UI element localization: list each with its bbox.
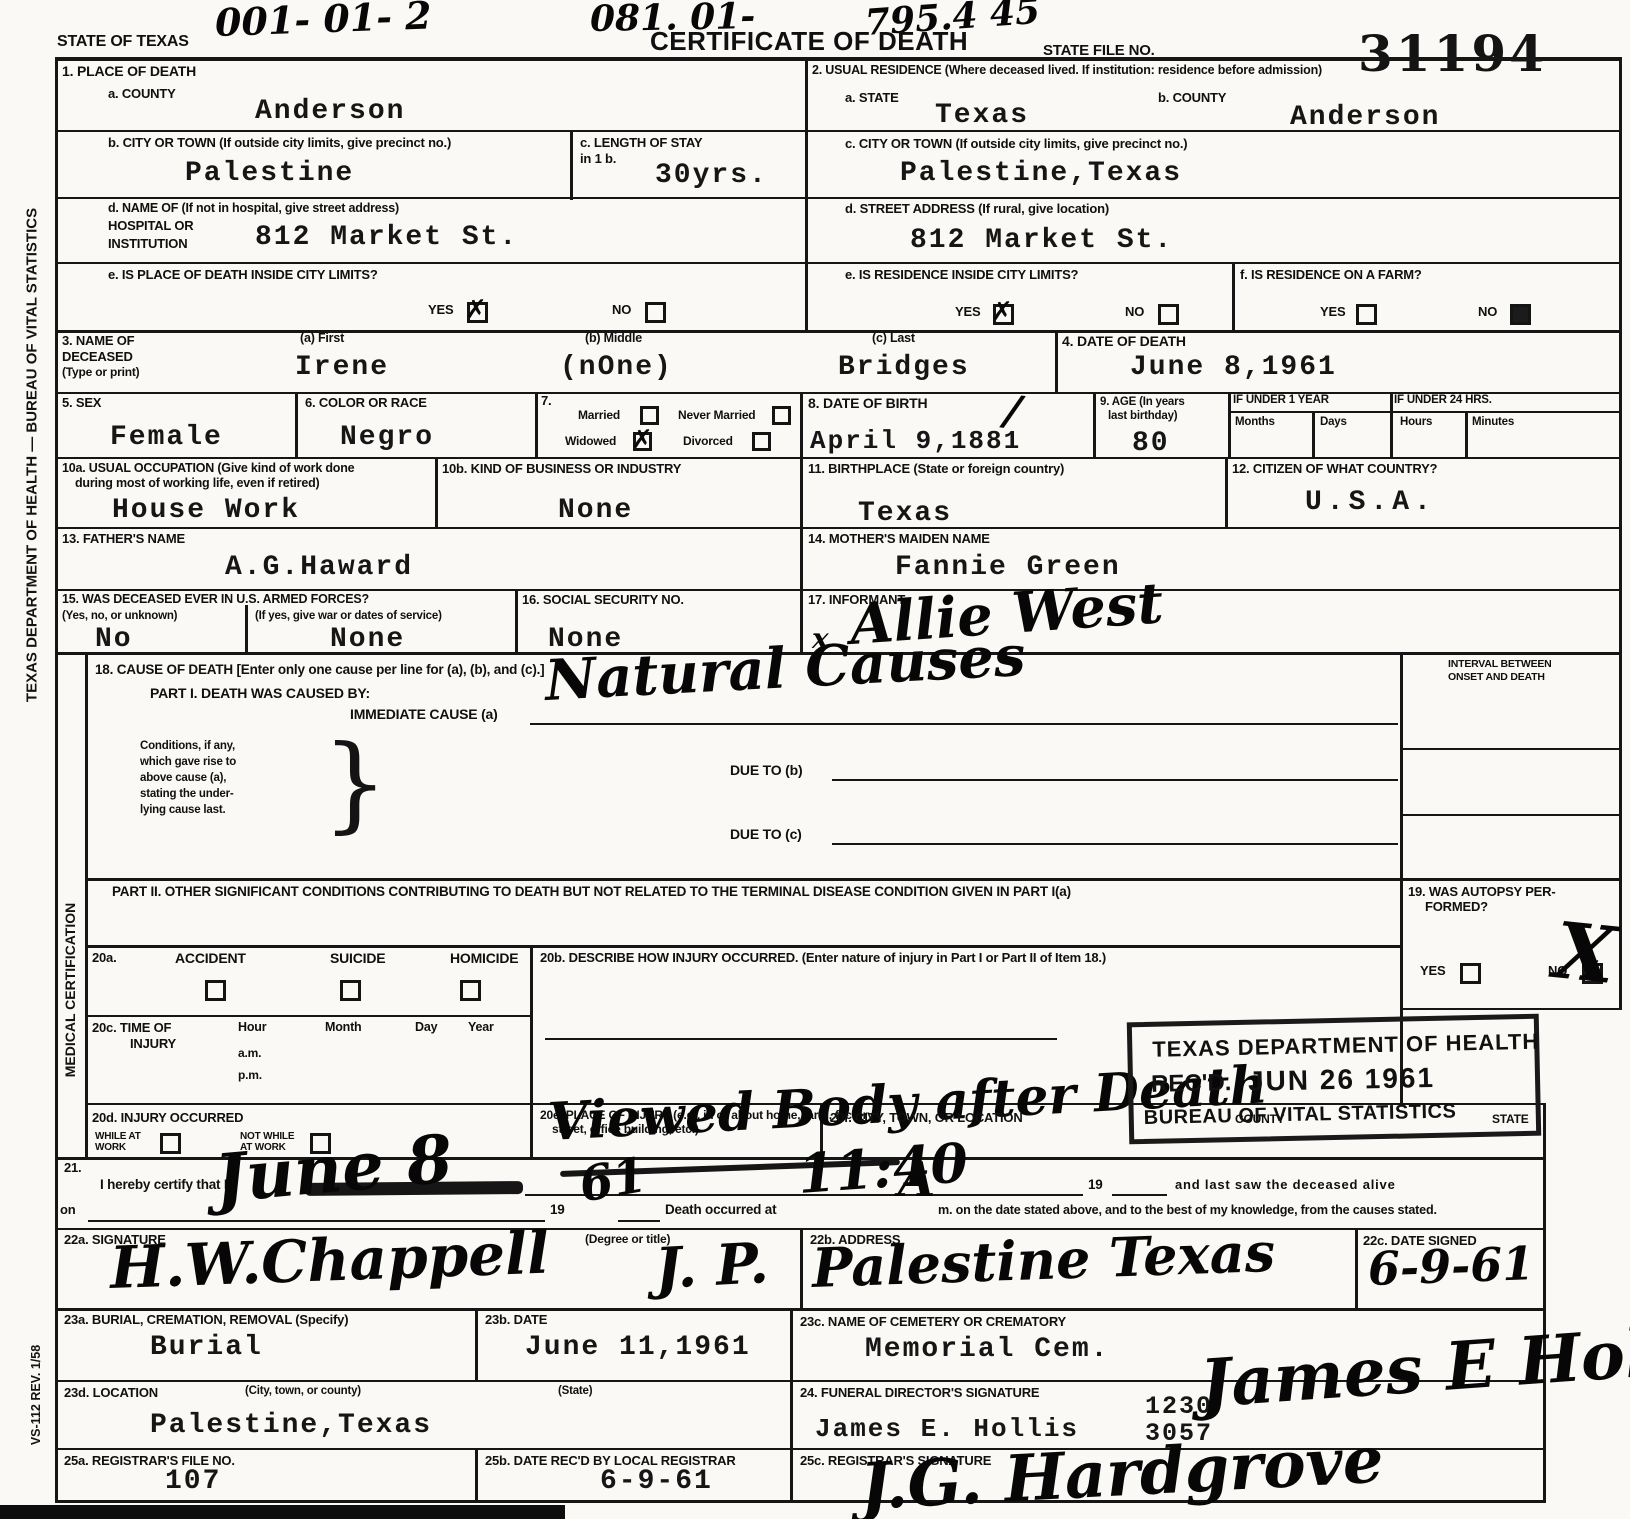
birthplace-label: 11. BIRTHPLACE (State or foreign country…: [808, 461, 1064, 476]
form-line: [790, 1308, 793, 1503]
age-label2: last birthday): [1108, 410, 1177, 422]
form-line: [55, 57, 1622, 61]
occupation-label1: 10a. USUAL OCCUPATION (Give kind of work…: [62, 461, 354, 475]
death-time-handwritten: 11:40: [796, 1130, 970, 1206]
death-city-limits-label: e. IS PLACE OF DEATH INSIDE CITY LIMITS?: [108, 267, 378, 282]
state-file-number: 31194: [1358, 24, 1547, 83]
burial-location-sub2: (State): [558, 1385, 592, 1397]
handwritten-code-1: 001- 01- 2: [214, 0, 432, 45]
death-city-limits-yes-checkbox: [467, 302, 488, 323]
burial-location-sub1: (City, town, or county): [245, 1385, 361, 1397]
form-line: [515, 589, 518, 652]
length-of-stay-label2: in 1 b.: [580, 151, 616, 166]
death-city-limits-no: NO: [612, 302, 631, 317]
funeral-director-signature: James E Hollis: [1197, 1308, 1630, 1423]
burial-date-value: June 11,1961: [525, 1332, 751, 1363]
accident-label: ACCIDENT: [175, 950, 246, 966]
form-line: [1619, 57, 1622, 1010]
city-town-value: Palestine: [185, 158, 354, 189]
occupation-label2: during most of working life, even if ret…: [75, 476, 320, 490]
sidebar-agency-text: TEXAS DEPARTMENT OF HEALTH — BUREAU OF V…: [24, 208, 41, 702]
degree-title-value: J. P.: [653, 1230, 770, 1302]
cemetery-value: Memorial Cem.: [865, 1334, 1109, 1365]
form-line: [55, 1308, 1543, 1311]
form-line: [85, 1015, 530, 1017]
certify-blank-line4: [618, 1220, 660, 1222]
city-town-label: b. CITY OR TOWN (If outside city limits,…: [108, 135, 451, 150]
form-line: [800, 1228, 803, 1308]
armed-forces-value2: None: [330, 624, 405, 655]
homicide-checkbox: [460, 980, 481, 1001]
immediate-cause-label: IMMEDIATE CAUSE (a): [350, 706, 498, 722]
sex-label: 5. SEX: [62, 395, 101, 410]
certify-year-handwritten: 61: [575, 1147, 651, 1214]
autopsy-no-x-mark: X: [1550, 905, 1620, 1002]
never-married-label: Never Married: [678, 408, 755, 422]
suicide-label: SUICIDE: [330, 950, 385, 966]
stamp-line3: BUREAU OF VITAL STATISTICS: [1144, 1100, 1457, 1130]
registrar-file-no-value: 107: [165, 1466, 221, 1497]
received-stamp: TEXAS DEPARTMENT OF HEALTH REC'D. JUN 26…: [1127, 1014, 1541, 1145]
form-line: [1543, 1103, 1546, 1503]
suicide-checkbox: [340, 980, 361, 1001]
form-line: [85, 878, 1622, 881]
form-line: [1232, 262, 1235, 332]
if-under-24-hrs-label: IF UNDER 24 HRS.: [1394, 394, 1492, 406]
while-at-work-label1: WHILE AT: [95, 1131, 141, 1142]
residence-farm-no-checkbox: [1510, 304, 1531, 325]
fathers-name-label: 13. FATHER'S NAME: [62, 531, 185, 546]
married-label: Married: [578, 408, 620, 422]
month-label: Month: [325, 1020, 361, 1034]
form-line: [55, 392, 1622, 394]
autopsy-yes: YES: [1420, 963, 1445, 978]
form-line: [530, 945, 533, 1157]
business-industry-label: 10b. KIND OF BUSINESS OR INDUSTRY: [442, 461, 681, 476]
business-industry-value: None: [558, 495, 633, 526]
form-line: [55, 457, 1622, 459]
sex-value: Female: [110, 422, 223, 453]
residence-county-label: b. COUNTY: [1158, 90, 1226, 105]
burial-date-label: 23b. DATE: [485, 1312, 547, 1327]
hospital-name-value: 812 Market St.: [255, 222, 518, 253]
cause-b-line: [832, 779, 1398, 781]
part1-label: PART I. DEATH WAS CAUSED BY:: [150, 685, 370, 701]
occupation-value: House Work: [112, 495, 300, 526]
widowed-checkbox: [633, 432, 652, 451]
middle-name-value: (nOne): [560, 352, 673, 383]
name-of-deceased-label2: DECEASED: [62, 349, 133, 364]
conditions-note-4: stating the under-: [140, 788, 234, 800]
hours-label: Hours: [1400, 416, 1432, 428]
color-race-label: 6. COLOR OR RACE: [305, 395, 427, 410]
street-address-label: d. STREET ADDRESS (If rural, give locati…: [845, 201, 1109, 216]
form-line: [55, 262, 1622, 264]
certify-on-label: on: [60, 1202, 75, 1217]
form-line: [55, 589, 1622, 591]
form-line: [1400, 1008, 1619, 1010]
birthplace-value: Texas: [858, 498, 952, 529]
form-line: [1400, 814, 1619, 816]
form-line: [800, 392, 803, 458]
certify-text: I hereby certify that I: [100, 1177, 227, 1192]
form-line: [1465, 412, 1468, 458]
while-at-work-label2: WORK: [95, 1142, 126, 1153]
social-security-label: 16. SOCIAL SECURITY NO.: [522, 592, 684, 607]
am-label: a.m.: [238, 1046, 261, 1060]
funeral-director-label: 24. FUNERAL DIRECTOR'S SIGNATURE: [800, 1385, 1039, 1400]
form-line: [1390, 392, 1393, 458]
certificate-title: CERTIFICATE OF DEATH: [650, 26, 968, 57]
conditions-brace: }: [322, 722, 388, 844]
form-line: [55, 330, 1622, 333]
age-value: 80: [1132, 428, 1170, 459]
sidebar-form-number: VS-112 REV. 1/58: [29, 1345, 43, 1445]
widowed-label: Widowed: [565, 434, 616, 448]
marital-status-label: 7.: [541, 393, 551, 408]
stamp-line1: TEXAS DEPARTMENT OF HEALTH: [1152, 1029, 1539, 1063]
months-label: Months: [1235, 416, 1275, 428]
citizen-label: 12. CITIZEN OF WHAT COUNTRY?: [1232, 461, 1437, 476]
due-to-c-label: DUE TO (c): [730, 826, 802, 842]
stamp-date: JUN 26 1961: [1248, 1062, 1436, 1098]
form-line: [475, 1448, 478, 1503]
middle-name-label: (b) Middle: [585, 331, 642, 345]
death-city-limits-no-checkbox: [645, 302, 666, 323]
item-21-number: 21.: [64, 1160, 81, 1175]
form-line: [85, 945, 1400, 948]
last-saw-alive-text: and last saw the deceased alive: [1175, 1177, 1396, 1192]
certify-blank-line2: [1112, 1194, 1167, 1196]
residence-city-limits-label: e. IS RESIDENCE INSIDE CITY LIMITS?: [845, 267, 1078, 282]
married-checkbox: [640, 406, 659, 425]
mothers-maiden-name-label: 14. MOTHER'S MAIDEN NAME: [808, 531, 990, 546]
name-of-deceased-label1: 3. NAME OF: [62, 333, 134, 348]
armed-forces-label: 15. WAS DECEASED EVER IN U.S. ARMED FORC…: [62, 592, 369, 606]
autopsy-label2: FORMED?: [1425, 899, 1488, 914]
armed-forces-sub2: (If yes, give war or dates of service): [255, 610, 442, 622]
date-signed-value: 6-9-61: [1367, 1236, 1535, 1296]
armed-forces-sub1: (Yes, no, or unknown): [62, 610, 177, 622]
physician-signature: H.W.Chappell: [109, 1219, 550, 1302]
death-certificate-scan: 001- 01- 2 081. 01- 795.4 45 STATE OF TE…: [0, 0, 1630, 1519]
burial-label: 23a. BURIAL, CREMATION, REMOVAL (Specify…: [64, 1312, 348, 1327]
interval-label1: INTERVAL BETWEEN: [1448, 658, 1552, 670]
first-name-label: (a) First: [300, 331, 344, 345]
hospital-name-label: d. NAME OF (If not in hospital, give str…: [108, 201, 399, 215]
length-of-stay-value: 30yrs.: [655, 160, 768, 191]
form-line: [55, 57, 58, 1503]
usual-residence-title: 2. USUAL RESIDENCE (Where deceased lived…: [812, 63, 1322, 77]
form-line: [475, 1308, 478, 1380]
time-of-injury-label1: 20c. TIME OF: [92, 1020, 171, 1035]
length-of-stay-label: c. LENGTH OF STAY: [580, 135, 702, 150]
death-time-ampm-handwritten: A: [898, 1152, 935, 1208]
days-label: Days: [1320, 416, 1347, 428]
hospital-name-label2: HOSPITAL OR: [108, 218, 193, 233]
part2-label: PART II. OTHER SIGNIFICANT CONDITIONS CO…: [112, 884, 1071, 899]
interval-label2: ONSET AND DEATH: [1448, 671, 1545, 683]
autopsy-yes-checkbox: [1460, 963, 1481, 984]
cemetery-label: 23c. NAME OF CEMETERY OR CREMATORY: [800, 1314, 1066, 1329]
color-race-value: Negro: [340, 422, 434, 453]
form-line: [570, 130, 573, 200]
pm-label: p.m.: [238, 1068, 262, 1082]
scan-artifact-strip: [0, 1505, 565, 1519]
burial-location-label: 23d. LOCATION: [64, 1385, 158, 1400]
form-line: [435, 457, 438, 527]
burial-location-value: Palestine,Texas: [150, 1410, 432, 1441]
form-line: [55, 527, 1622, 529]
never-married-checkbox: [772, 406, 791, 425]
divorced-label: Divorced: [683, 434, 733, 448]
injury-blank-line: [545, 1038, 1057, 1040]
autopsy-label1: 19. WAS AUTOPSY PER-: [1408, 884, 1555, 899]
due-to-b-label: DUE TO (b): [730, 762, 802, 778]
cause-a-line: [530, 723, 1398, 725]
conditions-note-1: Conditions, if any,: [140, 740, 235, 752]
day-label: Day: [415, 1020, 437, 1034]
form-line: [1228, 411, 1622, 413]
form-line: [85, 652, 88, 1158]
cause-of-death-label: 18. CAUSE OF DEATH [Enter only one cause…: [95, 662, 544, 677]
time-of-injury-label2: INJURY: [130, 1036, 176, 1051]
residence-county-value: Anderson: [1290, 102, 1440, 133]
divorced-checkbox: [752, 432, 771, 451]
sidebar-medical-certification-text: MEDICAL CERTIFICATION: [62, 903, 78, 1077]
last-name-value: Bridges: [838, 352, 970, 383]
place-of-death-title: 1. PLACE OF DEATH: [62, 63, 196, 79]
injury-occurred-label: 20d. INJURY OCCURRED: [92, 1110, 243, 1125]
residence-city-limits-no-checkbox: [1158, 304, 1179, 325]
street-address-value: 812 Market St.: [910, 225, 1173, 256]
residence-farm-yes-checkbox: [1356, 304, 1377, 325]
residence-city-limits-yes: YES: [955, 304, 980, 319]
form-line: [55, 197, 1622, 199]
form-line: [1093, 392, 1096, 458]
citizen-value: U.S.A.: [1305, 487, 1436, 518]
form-line: [1312, 412, 1315, 458]
conditions-note-5: lying cause last.: [140, 804, 225, 816]
date-of-birth-value: April 9,1881: [810, 426, 1021, 456]
form-line: [295, 392, 298, 458]
date-of-death-label: 4. DATE OF DEATH: [1062, 333, 1186, 349]
name-of-deceased-label3: (Type or print): [62, 365, 139, 379]
residence-state-value: Texas: [935, 100, 1029, 131]
hour-label: Hour: [238, 1020, 266, 1034]
state-of-texas-label: STATE OF TEXAS: [57, 33, 189, 51]
residence-city-limits-yes-checkbox: [993, 304, 1014, 325]
form-line: [1228, 392, 1231, 458]
county-value: Anderson: [255, 96, 405, 127]
residence-city-value: Palestine,Texas: [900, 158, 1182, 189]
homicide-label: HOMICIDE: [450, 950, 518, 966]
fathers-name-value: A.G.Haward: [225, 552, 413, 583]
last-name-label: (c) Last: [872, 331, 915, 345]
accident-checkbox: [205, 980, 226, 1001]
death-occurred-label: Death occurred at: [665, 1202, 776, 1217]
form-line: [535, 392, 538, 458]
death-city-limits-yes: YES: [428, 302, 453, 317]
date-of-birth-label: 8. DATE OF BIRTH: [808, 395, 927, 411]
county-label: a. COUNTY: [108, 86, 176, 101]
form-line: [1225, 457, 1228, 527]
residence-farm-yes: YES: [1320, 304, 1345, 319]
residence-city-limits-no: NO: [1125, 304, 1144, 319]
age-label1: 9. AGE (In years: [1100, 396, 1185, 408]
date-of-death-value: June 8,1961: [1130, 352, 1337, 383]
form-line: [1400, 748, 1619, 750]
certify-19-2: 19: [550, 1202, 565, 1217]
conditions-note-3: above cause (a),: [140, 772, 226, 784]
form-line: [805, 57, 808, 333]
date-recd-local-registrar-value: 6-9-61: [600, 1466, 713, 1497]
residence-farm-label: f. IS RESIDENCE ON A FARM?: [1240, 267, 1422, 282]
describe-injury-label: 20b. DESCRIBE HOW INJURY OCCURRED. (Ente…: [540, 950, 1106, 965]
form-line: [245, 605, 248, 652]
form-line: [1055, 330, 1058, 393]
residence-city-label: c. CITY OR TOWN (If outside city limits,…: [845, 136, 1187, 151]
residence-farm-no: NO: [1478, 304, 1497, 319]
while-at-work-checkbox: [160, 1133, 181, 1154]
armed-forces-value1: No: [95, 624, 133, 655]
certify-closing-text: m. on the date stated above, and to the …: [938, 1203, 1437, 1217]
conditions-note-2: which gave rise to: [140, 756, 236, 768]
certify-19-1: 19: [1088, 1177, 1103, 1192]
residence-state-label: a. STATE: [845, 90, 899, 105]
year-label: Year: [468, 1020, 494, 1034]
cause-c-line: [832, 843, 1398, 845]
form-line: [1355, 1228, 1358, 1308]
form-line: [800, 527, 803, 589]
hospital-name-label3: INSTITUTION: [108, 236, 187, 251]
burial-value: Burial: [150, 1332, 263, 1363]
first-name-value: Irene: [295, 352, 389, 383]
injury-city-label: 20f. CITY, TOWN, OR LOCATION: [830, 1110, 1023, 1125]
item-20a-label: 20a.: [92, 950, 117, 965]
if-under-1-year-label: IF UNDER 1 YEAR: [1233, 394, 1329, 406]
minutes-label: Minutes: [1472, 416, 1514, 428]
form-line: [800, 457, 803, 527]
stamp-recd-label: REC'D.: [1151, 1069, 1232, 1099]
